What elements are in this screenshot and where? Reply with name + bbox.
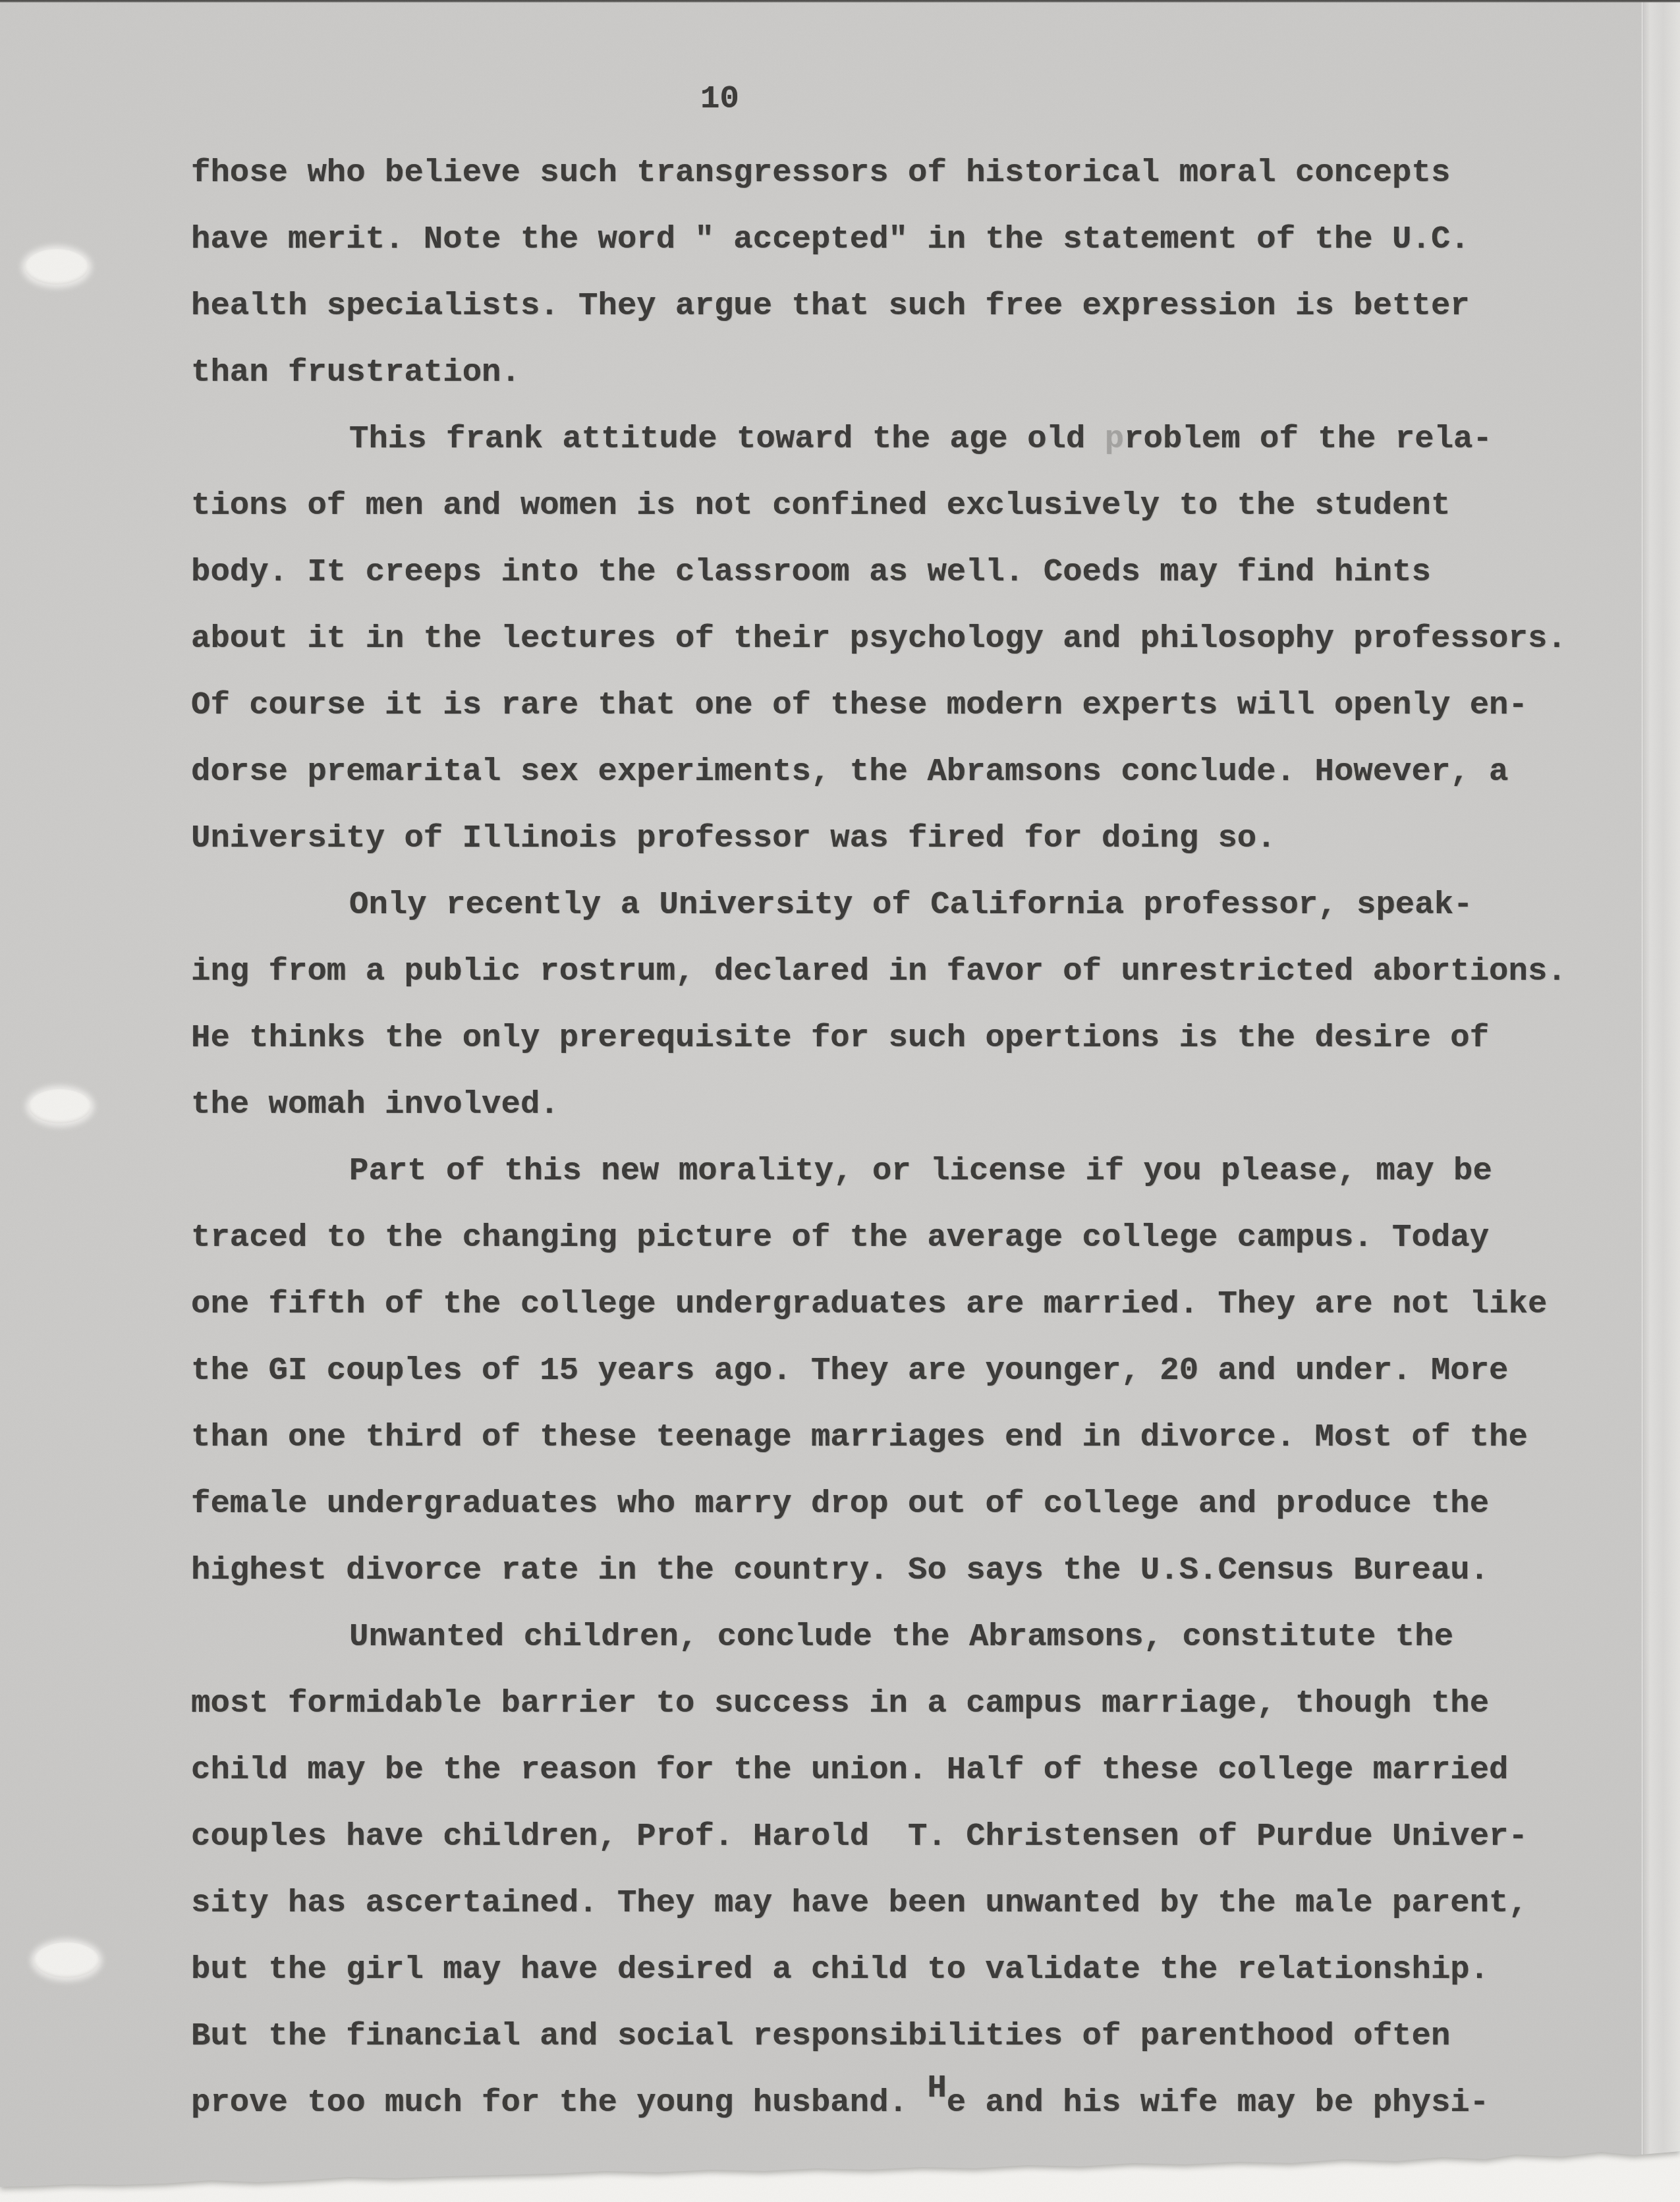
scan-edge-top xyxy=(0,0,1680,3)
line-text: have merit. Note the word " accepted" in… xyxy=(191,221,1470,258)
line-text: health specialists. They argue that such… xyxy=(191,287,1470,324)
page-number: 10 xyxy=(700,79,739,119)
faint-char: p xyxy=(1105,420,1124,457)
text-line: University of Illinois professor was fir… xyxy=(191,805,1627,872)
text-line: prove too much for the young husband. He… xyxy=(191,2070,1627,2136)
text-line: He thinks the only prerequisite for such… xyxy=(191,1005,1627,1071)
line-text: highest divorce rate in the country. So … xyxy=(191,1552,1489,1589)
text-line: the GI couples of 15 years ago. They are… xyxy=(191,1338,1627,1404)
line-text: most formidable barrier to success in a … xyxy=(191,1685,1489,1722)
text-line: health specialists. They argue that such… xyxy=(191,273,1627,339)
document-page: 10 fhose who believe such transgressors … xyxy=(0,0,1680,2202)
punch-hole xyxy=(34,1942,99,1978)
line-text: prove too much for the young husband. xyxy=(191,2084,927,2121)
line-text: body. It creeps into the classroom as we… xyxy=(191,553,1431,590)
line-text: than frustration. xyxy=(191,354,520,391)
line-text: but the girl may have desired a child to… xyxy=(191,1951,1489,1988)
line-text: sity has ascertained. They may have been… xyxy=(191,1884,1528,1921)
line-text: fhose who believe such transgressors of … xyxy=(191,154,1450,191)
text-line: Unwanted children, conclude the Abramson… xyxy=(191,1604,1627,1670)
line-text: Only recently a University of California… xyxy=(349,886,1472,923)
text-line: have merit. Note the word " accepted" in… xyxy=(191,206,1627,273)
line-text: This frank attitude toward the age old xyxy=(349,420,1105,457)
text-line: couples have children, Prof. Harold T. C… xyxy=(191,1803,1627,1870)
line-text: e and his wife may be physi- xyxy=(947,2084,1489,2121)
line-text: child may be the reason for the union. H… xyxy=(191,1751,1509,1788)
page-right-edge xyxy=(1642,0,1680,2202)
text-line: than one third of these teenage marriage… xyxy=(191,1404,1627,1471)
text-line: the womah involved. xyxy=(191,1071,1627,1138)
page-wrap: 10 fhose who believe such transgressors … xyxy=(0,0,1680,2202)
line-text: University of Illinois professor was fir… xyxy=(191,820,1276,857)
text-line: than frustration. xyxy=(191,339,1627,406)
line-text: Part of this new morality, or license if… xyxy=(349,1152,1492,1189)
text-line: tions of men and women is not confined e… xyxy=(191,472,1627,539)
line-text: female undergraduates who marry drop out… xyxy=(191,1485,1489,1522)
line-text: the GI couples of 15 years ago. They are… xyxy=(191,1352,1509,1389)
text-line: But the financial and social responsibil… xyxy=(191,2003,1627,2070)
text-line: most formidable barrier to success in a … xyxy=(191,1670,1627,1737)
punch-hole xyxy=(25,249,88,285)
line-text: Of course it is rare that one of these m… xyxy=(191,687,1528,723)
superscript-char: H xyxy=(927,2070,946,2106)
text-line: but the girl may have desired a child to… xyxy=(191,1936,1627,2003)
text-line: fhose who believe such transgressors of … xyxy=(191,140,1627,206)
scanned-document: 10 fhose who believe such transgressors … xyxy=(0,0,1680,2202)
text-line: body. It creeps into the classroom as we… xyxy=(191,539,1627,606)
text-line: female undergraduates who marry drop out… xyxy=(191,1471,1627,1537)
text-line: Part of this new morality, or license if… xyxy=(191,1138,1627,1204)
text-block: fhose who believe such transgressors of … xyxy=(191,140,1627,2136)
text-line: This frank attitude toward the age old p… xyxy=(191,406,1627,472)
line-text: roblem of the rela- xyxy=(1124,420,1492,457)
line-text: dorse premarital sex experiments, the Ab… xyxy=(191,753,1509,790)
line-text: one fifth of the college undergraduates … xyxy=(191,1285,1547,1322)
text-line: sity has ascertained. They may have been… xyxy=(191,1870,1627,1936)
line-text: the womah involved. xyxy=(191,1086,559,1123)
text-line: child may be the reason for the union. H… xyxy=(191,1737,1627,1803)
line-text: traced to the changing picture of the av… xyxy=(191,1219,1489,1256)
text-line: about it in the lectures of their psycho… xyxy=(191,606,1627,672)
text-line: highest divorce rate in the country. So … xyxy=(191,1537,1627,1604)
text-line: Of course it is rare that one of these m… xyxy=(191,672,1627,739)
line-text: Unwanted children, conclude the Abramson… xyxy=(349,1618,1453,1655)
line-text: than one third of these teenage marriage… xyxy=(191,1419,1528,1455)
line-text: But the financial and social responsibil… xyxy=(191,2018,1450,2054)
text-line: traced to the changing picture of the av… xyxy=(191,1204,1627,1271)
punch-hole xyxy=(29,1089,91,1123)
line-text: about it in the lectures of their psycho… xyxy=(191,620,1567,657)
line-text: tions of men and women is not confined e… xyxy=(191,487,1450,524)
line-text: ing from a public rostrum, declared in f… xyxy=(191,953,1567,990)
text-line: Only recently a University of California… xyxy=(191,872,1627,938)
line-text: couples have children, Prof. Harold T. C… xyxy=(191,1818,1528,1855)
text-line: dorse premarital sex experiments, the Ab… xyxy=(191,739,1627,805)
text-line: one fifth of the college undergraduates … xyxy=(191,1271,1627,1338)
line-text: He thinks the only prerequisite for such… xyxy=(191,1019,1489,1056)
text-line: ing from a public rostrum, declared in f… xyxy=(191,938,1627,1005)
